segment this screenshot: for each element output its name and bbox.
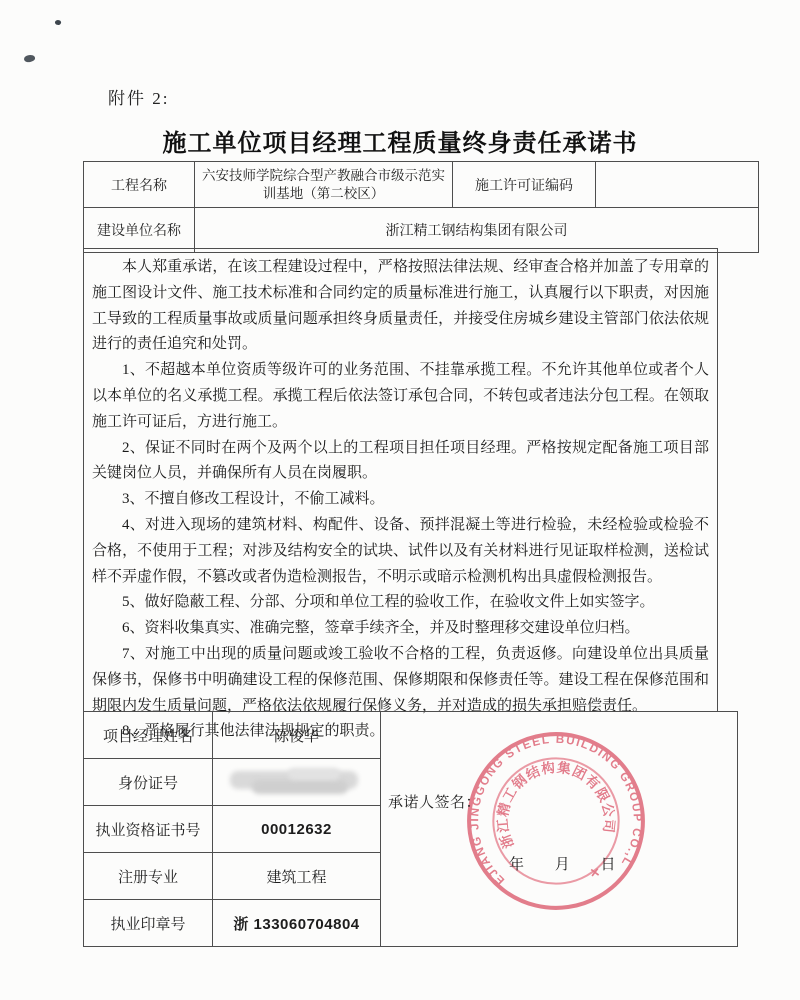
permit-code-label: 施工许可证编码	[453, 162, 596, 208]
commitment-item: 2、保证不同时在两个及两个以上的工程项目担任项目经理。严格按规定配备施工项目部关…	[92, 436, 709, 488]
signature-label: 承诺人签名：	[388, 791, 481, 812]
builder-value: 浙江精工钢结构集团有限公司	[195, 208, 759, 253]
project-info-table: 工程名称 六安技师学院综合型产教融合市级示范实训基地（第二校区） 施工许可证编码…	[83, 161, 759, 253]
company-seal: ZHEJIANG JINGGONG STEEL BUILDING GROUP C…	[448, 713, 665, 930]
permit-code-value	[596, 162, 759, 208]
qualification-cert-label: 执业资格证书号	[84, 806, 213, 853]
commitment-item: 6、资料收集真实、准确完整，签章手续齐全，并及时整理移交建设单位归档。	[92, 616, 709, 642]
commitment-intro: 本人郑重承诺，在该工程建设过程中，严格按照法律法规、经审查合格并加盖了专用章的施…	[92, 255, 709, 358]
practice-seal-no-value: 浙 133060704804	[213, 900, 381, 947]
table-row: 工程名称 六安技师学院综合型产教融合市级示范实训基地（第二校区） 施工许可证编码	[84, 162, 759, 208]
manager-name-value: 陈俊华	[213, 712, 381, 759]
commitment-item: 7、对施工中出现的质量问题或竣工验收不合格的工程，负责返修。向建设单位出具质量保…	[92, 642, 709, 719]
id-number-label: 身份证号	[84, 759, 213, 806]
manager-name-label: 项目经理姓名	[84, 712, 213, 759]
registered-major-label: 注册专业	[84, 853, 213, 900]
scan-speck	[54, 19, 61, 26]
document-title: 施工单位项目经理工程质量终身责任承诺书	[0, 123, 800, 158]
redacted-id-blur	[230, 768, 364, 796]
commitment-body: 本人郑重承诺，在该工程建设过程中，严格按照法律法规、经审查合格并加盖了专用章的施…	[83, 248, 718, 712]
attachment-label: 附件 2:	[108, 84, 169, 109]
id-number-value	[213, 759, 381, 806]
date-day-label: 日	[601, 857, 616, 873]
project-manager-table: 项目经理姓名 陈俊华 ZHEJIANG JINGGONG STEEL BUILD…	[83, 711, 738, 947]
date-line: 年 月 日	[509, 853, 616, 874]
table-row: 项目经理姓名 陈俊华 ZHEJIANG JINGGONG STEEL BUILD…	[84, 712, 738, 759]
commitment-item: 4、对进入现场的建筑材料、构配件、设备、预拌混凝土等进行检验，未经检验或检验不合…	[92, 513, 709, 590]
practice-seal-no-label: 执业印章号	[84, 900, 213, 947]
project-name-label: 工程名称	[84, 162, 195, 208]
commitment-item: 5、做好隐蔽工程、分部、分项和单位工程的验收工作，在验收文件上如实签字。	[92, 590, 709, 616]
registered-major-value: 建筑工程	[213, 853, 381, 900]
commitment-item: 1、不超越本单位资质等级许可的业务范围、不挂靠承揽工程。不允许其他单位或者个人以…	[92, 358, 709, 435]
seal-outer-ring-icon	[458, 723, 654, 919]
qualification-cert-value: 00012632	[213, 806, 381, 853]
scanned-document-page: 附件 2: 施工单位项目经理工程质量终身责任承诺书 工程名称 六安技师学院综合型…	[0, 0, 800, 1000]
scan-speck	[23, 54, 35, 64]
project-name-value: 六安技师学院综合型产教融合市级示范实训基地（第二校区）	[195, 162, 453, 208]
signature-cell: ZHEJIANG JINGGONG STEEL BUILDING GROUP C…	[381, 712, 738, 947]
table-row: 建设单位名称 浙江精工钢结构集团有限公司	[84, 208, 759, 253]
date-year-label: 年	[509, 857, 524, 873]
builder-label: 建设单位名称	[84, 208, 195, 253]
date-month-label: 月	[555, 857, 570, 873]
seal-chinese-text: 浙江精工钢结构集团有限公司	[487, 751, 620, 851]
commitment-item: 3、不擅自修改工程设计，不偷工减料。	[92, 487, 709, 513]
